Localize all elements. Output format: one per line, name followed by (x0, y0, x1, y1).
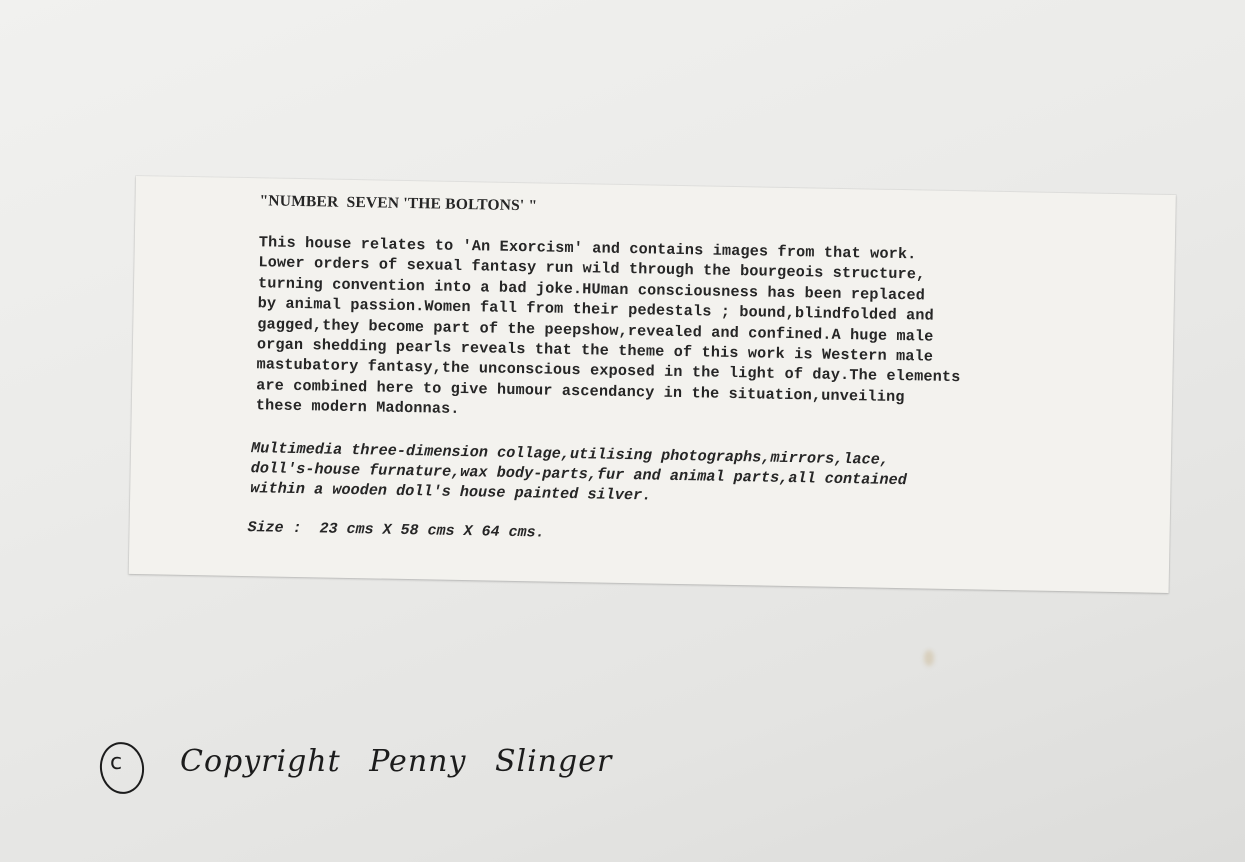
artwork-title: "NUMBER SEVEN 'THE BOLTONS' " (259, 192, 1089, 225)
handwritten-copyright: c Copyright Penny Slinger (96, 730, 656, 810)
copyright-letter: c (110, 750, 122, 775)
artwork-size: Size : 23 cms X 58 cms X 64 cms. (247, 519, 1083, 551)
typed-label-card: "NUMBER SEVEN 'THE BOLTONS' " This house… (129, 176, 1176, 593)
label-content: "NUMBER SEVEN 'THE BOLTONS' " This house… (253, 192, 1089, 551)
artwork-media: Multimedia three-dimension collage,utili… (250, 438, 1085, 514)
stain-mark (924, 650, 934, 666)
copyright-text: Copyright Penny Slinger (180, 744, 612, 779)
artwork-description: This house relates to 'An Exorcism' and … (256, 232, 1089, 431)
